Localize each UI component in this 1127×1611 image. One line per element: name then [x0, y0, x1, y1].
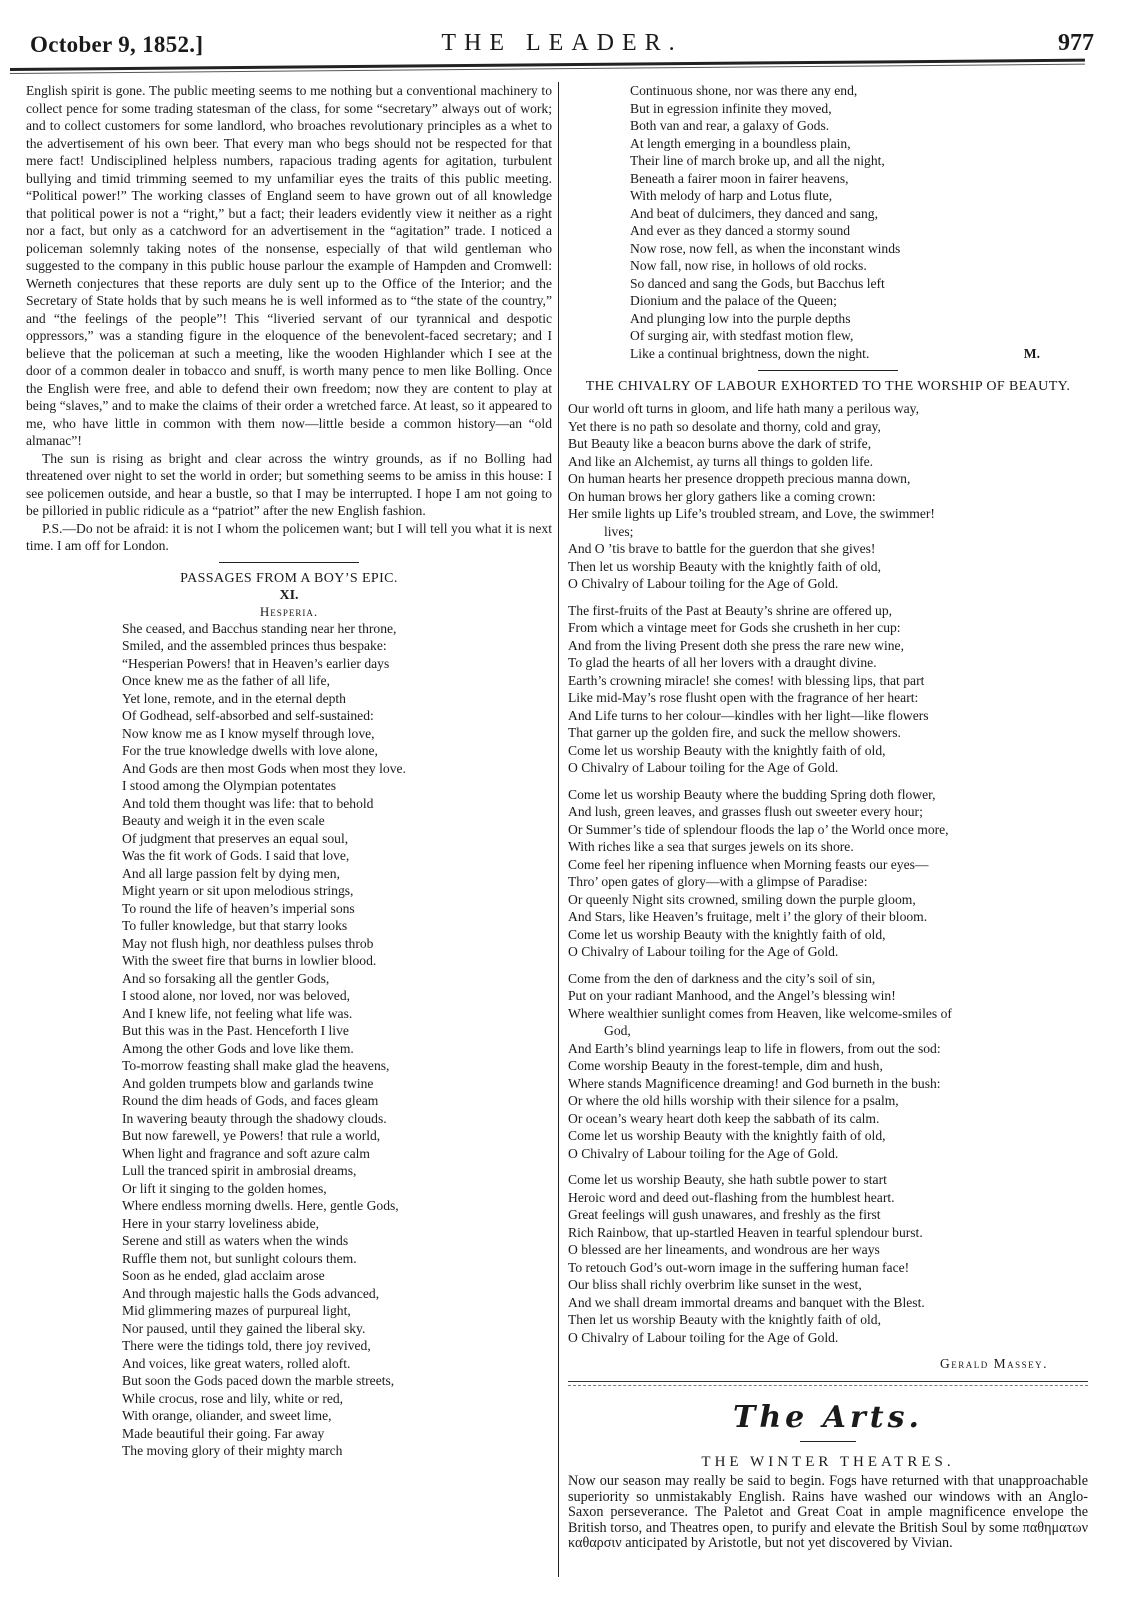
verse-line: And golden trumpets blow and garlands tw… [122, 1075, 552, 1093]
poem-author-signature: Gerald Massey. [568, 1355, 1088, 1373]
verse-line: But Beauty like a beacon burns above the… [568, 435, 1088, 453]
verse-line: And through majestic halls the Gods adva… [122, 1285, 552, 1303]
verse-line: With orange, oliander, and sweet lime, [122, 1407, 552, 1425]
verse-line: Our bliss shall richly overbrim like sun… [568, 1276, 1088, 1294]
verse-line: Or lift it singing to the golden homes, [122, 1180, 552, 1198]
verse-line: And ever as they danced a stormy sound [630, 222, 1088, 240]
letter-paragraph: The sun is rising as bright and clear ac… [26, 450, 552, 520]
verse-line: Thro’ open gates of glory—with a glimpse… [568, 873, 1088, 891]
verse-line: Dionium and the palace of the Queen; [630, 292, 1088, 310]
verse-line: And told them thought was life: that to … [122, 795, 552, 813]
verse-line: And voices, like great waters, rolled al… [122, 1355, 552, 1373]
verse-line: And like an Alchemist, ay turns all thin… [568, 453, 1088, 471]
verse-line: At length emerging in a boundless plain, [630, 135, 1088, 153]
verse-line: Her smile lights up Life’s troubled stre… [568, 505, 1088, 523]
verse-line: Come let us worship Beauty with the knig… [568, 926, 1088, 944]
verse-line: Come let us worship Beauty, she hath sub… [568, 1171, 1088, 1189]
verse-line: Like mid-May’s rose flusht open with the… [568, 689, 1088, 707]
verse-line: Where stands Magnificence dreaming! and … [568, 1075, 1088, 1093]
page-number: 977 [1058, 30, 1094, 57]
verse-line: Come let us worship Beauty where the bud… [568, 786, 1088, 804]
verse-line: Now fall, now rise, in hollows of old ro… [630, 257, 1088, 275]
verse-line: And from the living Present doth she pre… [568, 637, 1088, 655]
verse-line: From which a vintage meet for Gods she c… [568, 619, 1088, 637]
verse-line: O Chivalry of Labour toiling for the Age… [568, 1329, 1088, 1347]
arts-divider [568, 1381, 1088, 1382]
verse-line: To retouch God’s out-worn image in the s… [568, 1259, 1088, 1277]
verse-line: And I knew life, not feeling what life w… [122, 1005, 552, 1023]
verse-line: To fuller knowledge, but that starry loo… [122, 917, 552, 935]
verse-line: Now rose, now fell, as when the inconsta… [630, 240, 1088, 258]
verse-line: May not flush high, nor deathless pulses… [122, 935, 552, 953]
verse-line: For the true knowledge dwells with love … [122, 742, 552, 760]
arts-divider-dashed [568, 1385, 1088, 1386]
chivalry-verse: Our world oft turns in gloom, and life h… [568, 400, 1088, 1346]
verse-line: Soon as he ended, glad acclaim arose [122, 1267, 552, 1285]
verse-line: Round the dim heads of Gods, and faces g… [122, 1092, 552, 1110]
verse-line: Then let us worship Beauty with the knig… [568, 558, 1088, 576]
winter-theatres-text: Now our season may really be said to beg… [568, 1474, 1088, 1552]
verse-line: To round the life of heaven’s imperial s… [122, 900, 552, 918]
verse-line: Serene and still as waters when the wind… [122, 1232, 552, 1250]
verse-line: Mid glimmering mazes of purpureal light, [122, 1302, 552, 1320]
verse-line: So danced and sang the Gods, but Bacchus… [630, 275, 1088, 293]
verse-line: Lull the tranced spirit in ambrosial dre… [122, 1162, 552, 1180]
verse-line: In wavering beauty through the shadowy c… [122, 1110, 552, 1128]
verse-line: Where wealthier sunlight comes from Heav… [568, 1005, 1088, 1023]
epic-subtitle: Hesperia. [26, 604, 552, 620]
verse-line: Continuous shone, nor was there any end, [630, 82, 1088, 100]
verse-line: I stood alone, nor loved, nor was belove… [122, 987, 552, 1005]
verse-line: Come worship Beauty in the forest-temple… [568, 1057, 1088, 1075]
verse-line: Now know me as I know myself through lov… [122, 725, 552, 743]
stanza: Come from the den of darkness and the ci… [568, 970, 1088, 1163]
verse-line: Made beautiful their going. Far away [122, 1425, 552, 1443]
verse-line: Or ocean’s weary heart doth keep the sab… [568, 1110, 1088, 1128]
verse-line: And Life turns to her colour—kindles wit… [568, 707, 1088, 725]
verse-line: lives; [568, 523, 1088, 541]
epic-signature: M. [1024, 345, 1040, 363]
verse-line: God, [568, 1022, 1088, 1040]
verse-line: With melody of harp and Lotus flute, [630, 187, 1088, 205]
verse-line: Smiled, and the assembled princes thus b… [122, 637, 552, 655]
verse-line: And Gods are then most Gods when most th… [122, 760, 552, 778]
section-separator [219, 562, 359, 563]
verse-line: O blessed are her lineaments, and wondro… [568, 1241, 1088, 1259]
verse-line: Or where the old hills worship with thei… [568, 1092, 1088, 1110]
letter-text: English spirit is gone. The public meeti… [26, 82, 552, 555]
verse-line: Of judgment that preserves an equal soul… [122, 830, 552, 848]
winter-theatres-heading: THE WINTER THEATRES. [568, 1454, 1088, 1471]
verse-line: And so forsaking all the gentler Gods, [122, 970, 552, 988]
verse-line: And we shall dream immortal dreams and b… [568, 1294, 1088, 1312]
right-column: Continuous shone, nor was there any end,… [568, 82, 1088, 1552]
verse-line: There were the tidings told, there joy r… [122, 1337, 552, 1355]
section-separator [758, 370, 898, 371]
verse-line: Then let us worship Beauty with the knig… [568, 1311, 1088, 1329]
verse-line: While crocus, rose and lily, white or re… [122, 1390, 552, 1408]
verse-line: Once knew me as the father of all life, [122, 672, 552, 690]
verse-line: To-morrow feasting shall make glad the h… [122, 1057, 552, 1075]
verse-line: But soon the Gods paced down the marble … [122, 1372, 552, 1390]
verse-line: Nor paused, until they gained the libera… [122, 1320, 552, 1338]
arts-title-rule [800, 1441, 856, 1442]
chivalry-heading: THE CHIVALRY OF LABOUR EXHORTED TO THE W… [568, 378, 1088, 396]
verse-line: Of surging air, with stedfast motion fle… [630, 327, 1088, 345]
verse-line: Like a continual brightness, down the ni… [630, 345, 1088, 363]
verse-line: O Chivalry of Labour toiling for the Age… [568, 759, 1088, 777]
arts-section-title: The Arts. [568, 1400, 1088, 1435]
verse-line: The moving glory of their mighty march [122, 1442, 552, 1460]
verse-line: On human hearts her presence droppeth pr… [568, 470, 1088, 488]
verse-line: Might yearn or sit upon melodious string… [122, 882, 552, 900]
verse-line: But in egression infinite they moved, [630, 100, 1088, 118]
verse-line: Both van and rear, a galaxy of Gods. [630, 117, 1088, 135]
verse-line: Beauty and weigh it in the even scale [122, 812, 552, 830]
verse-line: “Hesperian Powers! that in Heaven’s earl… [122, 655, 552, 673]
verse-line: She ceased, and Bacchus standing near he… [122, 620, 552, 638]
verse-line: Come feel her ripening influence when Mo… [568, 856, 1088, 874]
verse-line: O Chivalry of Labour toiling for the Age… [568, 575, 1088, 593]
verse-line: And Earth’s blind yearnings leap to life… [568, 1040, 1088, 1058]
newspaper-title: THE LEADER. [22, 30, 1102, 57]
verse-line: And beat of dulcimers, they danced and s… [630, 205, 1088, 223]
stanza: Our world oft turns in gloom, and life h… [568, 400, 1088, 593]
verse-line: Where endless morning dwells. Here, gent… [122, 1197, 552, 1215]
verse-line: That garner up the golden fire, and suck… [568, 724, 1088, 742]
verse-line: Come from the den of darkness and the ci… [568, 970, 1088, 988]
verse-line: Beneath a fairer moon in fairer heavens, [630, 170, 1088, 188]
verse-line: Ruffle them not, but sunlight colours th… [122, 1250, 552, 1268]
verse-line: O Chivalry of Labour toiling for the Age… [568, 1145, 1088, 1163]
column-divider [558, 82, 559, 1577]
letter-paragraph: P.S.—Do not be afraid: it is not I whom … [26, 520, 552, 555]
letter-paragraph: English spirit is gone. The public meeti… [26, 82, 552, 450]
verse-line: And O ’tis brave to battle for the guerd… [568, 540, 1088, 558]
verse-line: I stood among the Olympian potentates [122, 777, 552, 795]
verse-line: Or Summer’s tide of splendour floods the… [568, 821, 1088, 839]
verse-line: And lush, green leaves, and grasses flus… [568, 803, 1088, 821]
verse-line: The first-fruits of the Past at Beauty’s… [568, 602, 1088, 620]
verse-line: Put on your radiant Manhood, and the Ang… [568, 987, 1088, 1005]
verse-line: Our world oft turns in gloom, and life h… [568, 400, 1088, 418]
verse-line: With riches like a sea that surges jewel… [568, 838, 1088, 856]
epic-verse-continued: Continuous shone, nor was there any end,… [568, 82, 1088, 362]
epic-heading: PASSAGES FROM A BOY’S EPIC. [26, 570, 552, 588]
verse-line: Come let us worship Beauty with the knig… [568, 742, 1088, 760]
verse-line: Great feelings will gush unawares, and f… [568, 1206, 1088, 1224]
left-column: English spirit is gone. The public meeti… [26, 82, 552, 1460]
verse-line: Among the other Gods and love like them. [122, 1040, 552, 1058]
verse-line: Here in your starry loveliness abide, [122, 1215, 552, 1233]
verse-line: Or queenly Night sits crowned, smiling d… [568, 891, 1088, 909]
verse-line: When light and fragrance and soft azure … [122, 1145, 552, 1163]
verse-line: Of Godhead, self-absorbed and self-susta… [122, 707, 552, 725]
verse-line: To glad the hearts of all her lovers wit… [568, 654, 1088, 672]
verse-line: But this was in the Past. Henceforth I l… [122, 1022, 552, 1040]
epic-verse: She ceased, and Bacchus standing near he… [26, 620, 552, 1460]
verse-line: O Chivalry of Labour toiling for the Age… [568, 943, 1088, 961]
verse-line: Yet lone, remote, and in the eternal dep… [122, 690, 552, 708]
verse-line: Heroic word and deed out-flashing from t… [568, 1189, 1088, 1207]
verse-line: And Stars, like Heaven’s fruitage, melt … [568, 908, 1088, 926]
epic-number: XI. [26, 588, 552, 604]
verse-line: Yet there is no path so desolate and tho… [568, 418, 1088, 436]
stanza: Come let us worship Beauty, she hath sub… [568, 1171, 1088, 1346]
verse-line: And all large passion felt by dying men, [122, 865, 552, 883]
verse-line: Earth’s crowning miracle! she comes! wit… [568, 672, 1088, 690]
verse-line: But now farewell, ye Powers! that rule a… [122, 1127, 552, 1145]
verse-line: With the sweet fire that burns in lowlie… [122, 952, 552, 970]
verse-line: On human brows her glory gathers like a … [568, 488, 1088, 506]
verse-line: Was the fit work of Gods. I said that lo… [122, 847, 552, 865]
verse-line: Rich Rainbow, that up-startled Heaven in… [568, 1224, 1088, 1242]
verse-line: And plunging low into the purple depths [630, 310, 1088, 328]
stanza: Come let us worship Beauty where the bud… [568, 786, 1088, 961]
verse-line: Their line of march broke up, and all th… [630, 152, 1088, 170]
stanza: The first-fruits of the Past at Beauty’s… [568, 602, 1088, 777]
verse-line: Come let us worship Beauty with the knig… [568, 1127, 1088, 1145]
